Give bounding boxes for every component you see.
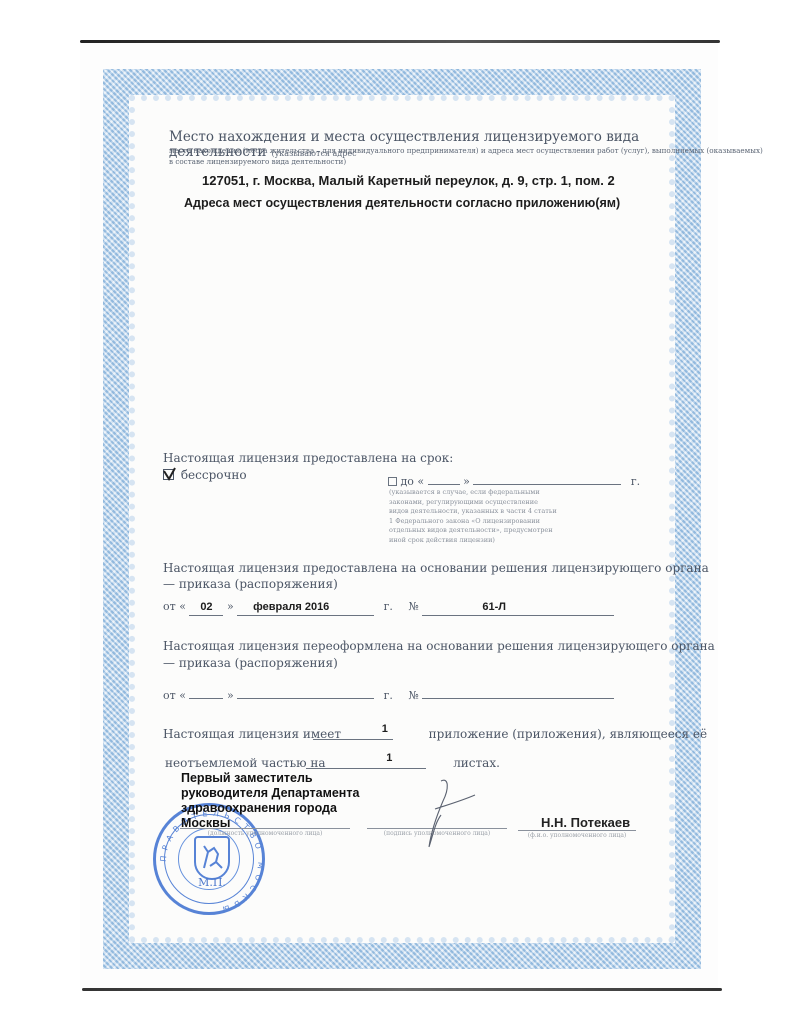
signatory-position: Первый заместитель руководителя Департам… bbox=[181, 771, 359, 831]
option-until[interactable]: до « » г. bbox=[388, 470, 640, 488]
location-note-line3: в составе лицензируемого вида деятельнос… bbox=[169, 157, 346, 166]
checkbox-unchecked-icon[interactable] bbox=[388, 477, 397, 486]
granted-text-line2: — приказа (распоряжения) bbox=[163, 577, 338, 591]
appendix-sheets-underline bbox=[306, 768, 426, 769]
position-line-2: руководителя Департамента bbox=[181, 786, 359, 801]
term-label: Настоящая лицензия предоставлена на срок… bbox=[163, 451, 453, 465]
position-line-3: здравоохранения города bbox=[181, 801, 359, 816]
granted-from-label: от « bbox=[163, 600, 186, 613]
until-month-year-field[interactable] bbox=[473, 470, 621, 485]
appendix-sheets-after: листах. bbox=[453, 756, 500, 770]
appendix-text-after: приложение (приложения), являющееся её bbox=[429, 727, 707, 741]
reissued-day-field[interactable] bbox=[189, 684, 223, 699]
reissued-text-line2: — приказа (распоряжения) bbox=[163, 656, 338, 670]
reissued-from-label: от « bbox=[163, 689, 186, 702]
reissued-order-row: от « » г. № bbox=[163, 684, 614, 702]
granted-number-field[interactable]: 61-Л bbox=[422, 601, 614, 616]
reissued-quote-close: » bbox=[227, 689, 234, 702]
name-caption: (ф.и.о. уполномоченного лица) bbox=[518, 832, 636, 839]
granted-day-field[interactable]: 02 bbox=[189, 601, 223, 616]
indefinite-label: бессрочно bbox=[181, 468, 247, 482]
name-underline bbox=[518, 830, 636, 831]
option-indefinite[interactable]: бессрочно bbox=[163, 468, 247, 482]
appendix-count-underline bbox=[313, 739, 393, 740]
granted-quote-close: » bbox=[227, 600, 234, 613]
signatory-name: Н.Н. Потекаев bbox=[541, 815, 630, 830]
appendix-row-1: Настоящая лицензия имеет 1 приложение (п… bbox=[163, 727, 707, 744]
granted-text-line1: Настоящая лицензия предоставлена на осно… bbox=[163, 561, 709, 575]
reissued-text-line1: Настоящая лицензия переоформлена на осно… bbox=[163, 639, 715, 653]
until-suffix: г. bbox=[631, 475, 640, 488]
until-prefix: до « bbox=[401, 475, 425, 488]
checkbox-checked-icon[interactable] bbox=[163, 469, 174, 480]
reissued-year-suffix: г. bbox=[384, 689, 393, 702]
granted-month-year-field[interactable]: февраля 2016 bbox=[237, 601, 374, 616]
granted-order-row: от « 02 » февраля 2016 г. № 61-Л bbox=[163, 600, 614, 616]
until-day-field[interactable] bbox=[428, 470, 460, 485]
appendix-count-field[interactable]: 1 bbox=[345, 723, 425, 738]
until-mid: » bbox=[463, 475, 470, 488]
position-underline bbox=[180, 828, 350, 829]
appendix-sheets-field[interactable]: 1 bbox=[329, 752, 449, 767]
reissued-number-field[interactable] bbox=[422, 684, 614, 699]
granted-year-suffix: г. bbox=[384, 600, 393, 613]
position-line-1: Первый заместитель bbox=[181, 771, 359, 786]
reissued-number-label: № bbox=[408, 689, 418, 702]
appendix-sheets-value: 1 bbox=[386, 752, 392, 764]
appendix-count-value: 1 bbox=[382, 723, 388, 735]
appendix-sheets-before: неотъемлемой частью на bbox=[165, 756, 326, 770]
license-page: Место нахождения и места осуществления л… bbox=[0, 0, 800, 1035]
places-note: Адреса мест осуществления деятельности с… bbox=[184, 196, 620, 210]
reissued-month-year-field[interactable] bbox=[237, 684, 374, 699]
handwritten-signature-icon bbox=[405, 775, 485, 855]
until-note: (указывается в случае, если федеральными… bbox=[389, 488, 559, 545]
location-note-line2: места нахождения (места жительства – для… bbox=[169, 146, 654, 155]
granted-number-label: № bbox=[408, 600, 418, 613]
position-caption: (должность уполномоченного лица) bbox=[180, 830, 350, 837]
license-address: 127051, г. Москва, Малый Каретный переул… bbox=[202, 173, 615, 188]
location-heading: Место нахождения и места осуществления л… bbox=[169, 129, 639, 160]
